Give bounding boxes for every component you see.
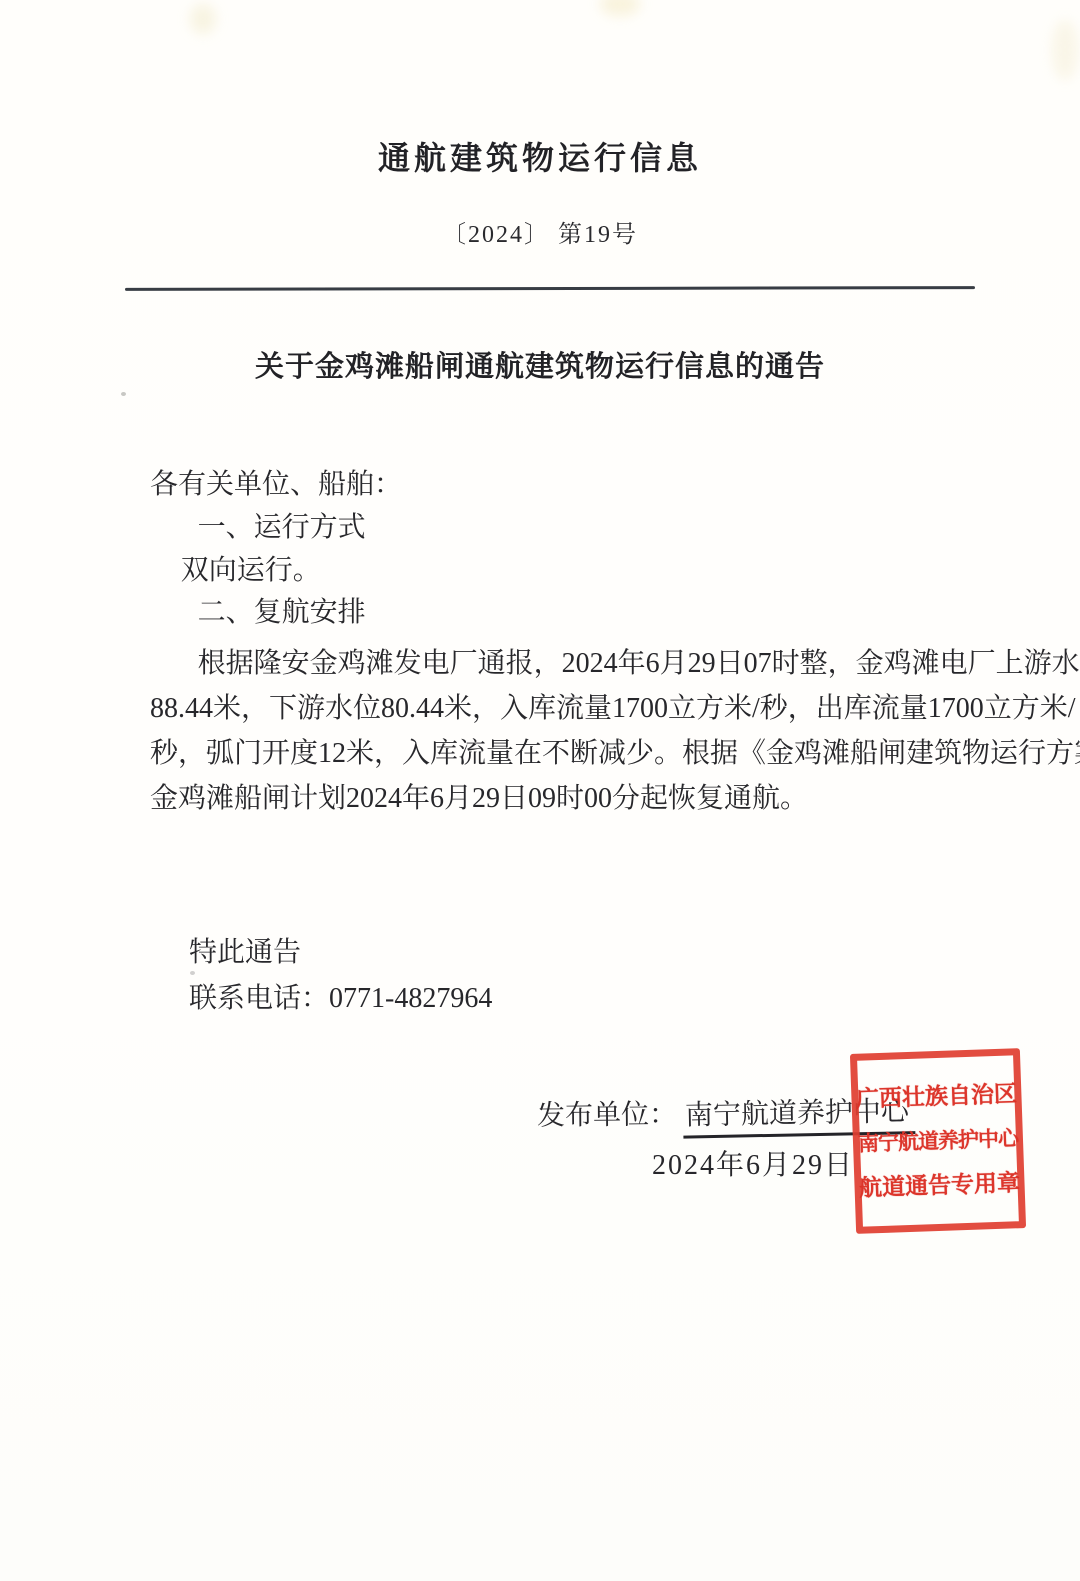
issue-date: 2024年6月29日 xyxy=(652,1143,854,1183)
contact-phone: 联系电话：0771-4827964 xyxy=(189,976,1001,1016)
stamp-line-seal-type: 航道通告专用章 xyxy=(859,1171,1021,1200)
scan-speck xyxy=(190,971,195,975)
scan-smudge xyxy=(190,4,216,34)
scan-speck xyxy=(121,392,126,396)
section2-paragraph: 根据隆安金鸡滩发电厂通报，2024年6月29日07时整，金鸡滩电厂上游水位 88… xyxy=(150,641,962,821)
document-title: 通航建筑物运行信息 xyxy=(0,133,1080,179)
section1-body: 双向运行。 xyxy=(150,548,962,588)
paragraph-line: 根据隆安金鸡滩发电厂通报，2024年6月29日07时整，金鸡滩电厂上游水位 xyxy=(150,641,962,686)
scanned-notice-page: 通航建筑物运行信息 〔2024〕 第19号 关于金鸡滩船闸通航建筑物运行信息的通… xyxy=(0,0,1080,1581)
paragraph-line: 秒，弧门开度12米，入库流量在不断减少。根据《金鸡滩船闸建筑物运行方案》， xyxy=(150,731,962,776)
salutation: 各有关单位、船舶： xyxy=(150,462,962,502)
official-red-stamp: 广西壮族自治区 南宁航道养护中心 航道通告专用章 xyxy=(850,1048,1026,1234)
paragraph-line: 金鸡滩船闸计划2024年6月29日09时00分起恢复通航。 xyxy=(150,776,962,821)
header-divider-line xyxy=(125,286,975,291)
paragraph-line: 88.44米，下游水位80.44米，入库流量1700立方米/秒，出库流量1700… xyxy=(150,686,962,731)
scan-smudge xyxy=(1052,20,1078,80)
stamp-line-unit: 南宁航道养护中心 xyxy=(858,1128,1019,1155)
closing-statement: 特此通告 xyxy=(189,930,1001,970)
scan-smudge xyxy=(600,0,640,16)
document-number: 〔2024〕 第19号 xyxy=(0,214,1080,249)
stamp-line-region: 广西壮族自治区 xyxy=(856,1082,1018,1111)
notice-subtitle: 关于金鸡滩船闸通航建筑物运行信息的通告 xyxy=(0,344,1080,385)
issuer-label: 发布单位： xyxy=(537,1099,677,1131)
section1-heading: 一、运行方式 xyxy=(150,505,962,545)
section2-heading: 二、复航安排 xyxy=(150,590,962,630)
